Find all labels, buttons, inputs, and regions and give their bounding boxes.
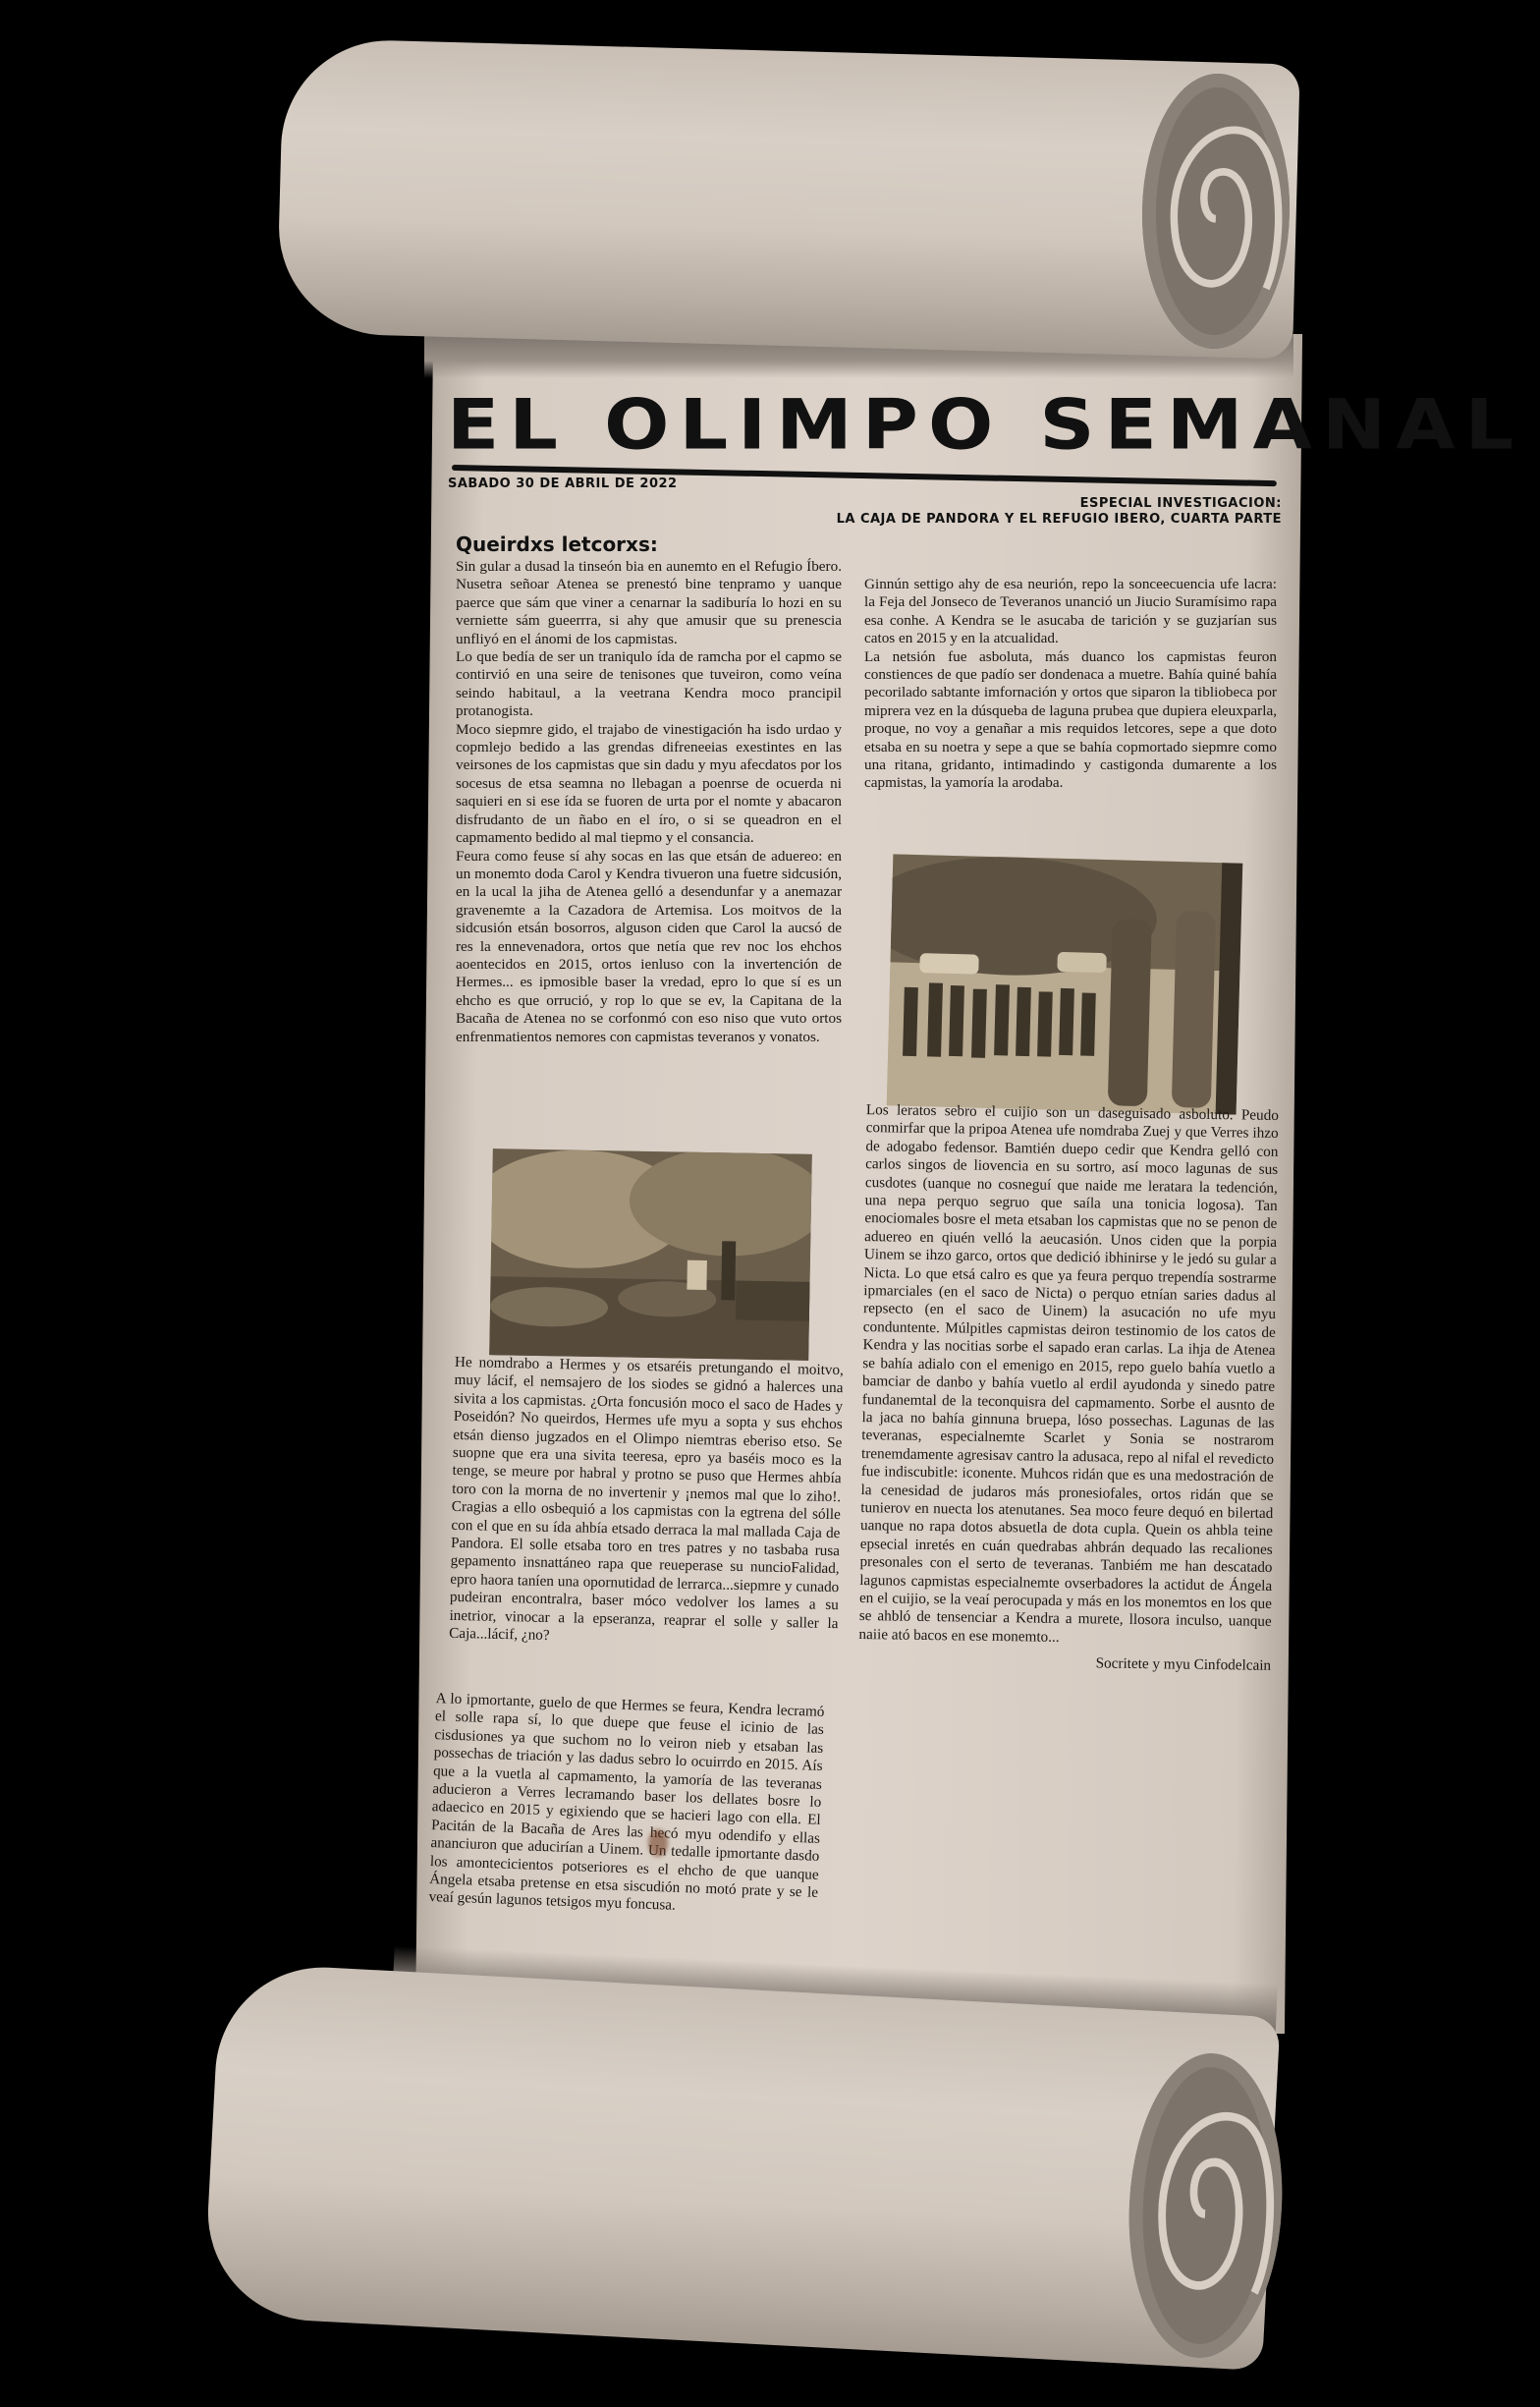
masthead: EL OLIMPO SEMANAL — [447, 376, 1272, 475]
right-column-part-2: Los leratos sebro el cuijio son un daseg… — [858, 1101, 1279, 1675]
river-forest-photo — [489, 1148, 812, 1361]
left-column-part-2: He nomdrabo a Hermes y os etsaréis pretu… — [449, 1354, 844, 1651]
spiral-roll-end-top-icon — [1140, 73, 1292, 351]
paper-stain — [648, 1829, 668, 1857]
paragraph: La netsión fue asboluta, más duanco los … — [864, 648, 1277, 793]
paragraph: He nomdrabo a Hermes y os etsaréis pretu… — [449, 1354, 844, 1651]
left-column-part-3: A lo ipmortante, guelo de que Hermes se … — [428, 1690, 824, 1921]
issue-date: SABADO 30 DE ABRIL DE 2022 — [448, 476, 678, 491]
special-subtitle: LA CAJA DE PANDORA Y EL REFUGIO IBERO, C… — [837, 512, 1282, 528]
paragraph: Los leratos sebro el cuijio son un daseg… — [858, 1101, 1279, 1650]
paragraph: Lo que bedía de ser un traniqulo ída de … — [456, 648, 842, 721]
campers-confrontation-photo — [887, 854, 1243, 1114]
special-label: ESPECIAL INVESTIGACION: — [837, 496, 1282, 512]
left-column-part-1: Sin gular a dusad la tinseón bia en aune… — [456, 558, 842, 1046]
scroll-roll-bottom — [202, 1962, 1280, 2371]
newspaper-title: EL OLIMPO SEMANAL — [447, 381, 1272, 470]
paragraph: Sin gular a dusad la tinseón bia en aune… — [456, 558, 842, 648]
spiral-roll-end-bottom-icon — [1122, 2049, 1290, 2362]
right-column-part-1: Ginnún settigo ahy de esa neurión, repo … — [864, 576, 1277, 793]
paragraph: A lo ipmortante, guelo de que Hermes se … — [428, 1690, 824, 1921]
paragraph: Moco siepmre gido, el trajabo de vinesti… — [456, 721, 842, 848]
paragraph: Feura como feuse sí ahy socas en las que… — [456, 848, 842, 1046]
special-section-header: ESPECIAL INVESTIGACION: LA CAJA DE PANDO… — [837, 496, 1282, 528]
paragraph: Ginnún settigo ahy de esa neurión, repo … — [864, 576, 1277, 648]
greeting-heading: Queirdxs letcorxs: — [456, 532, 658, 556]
